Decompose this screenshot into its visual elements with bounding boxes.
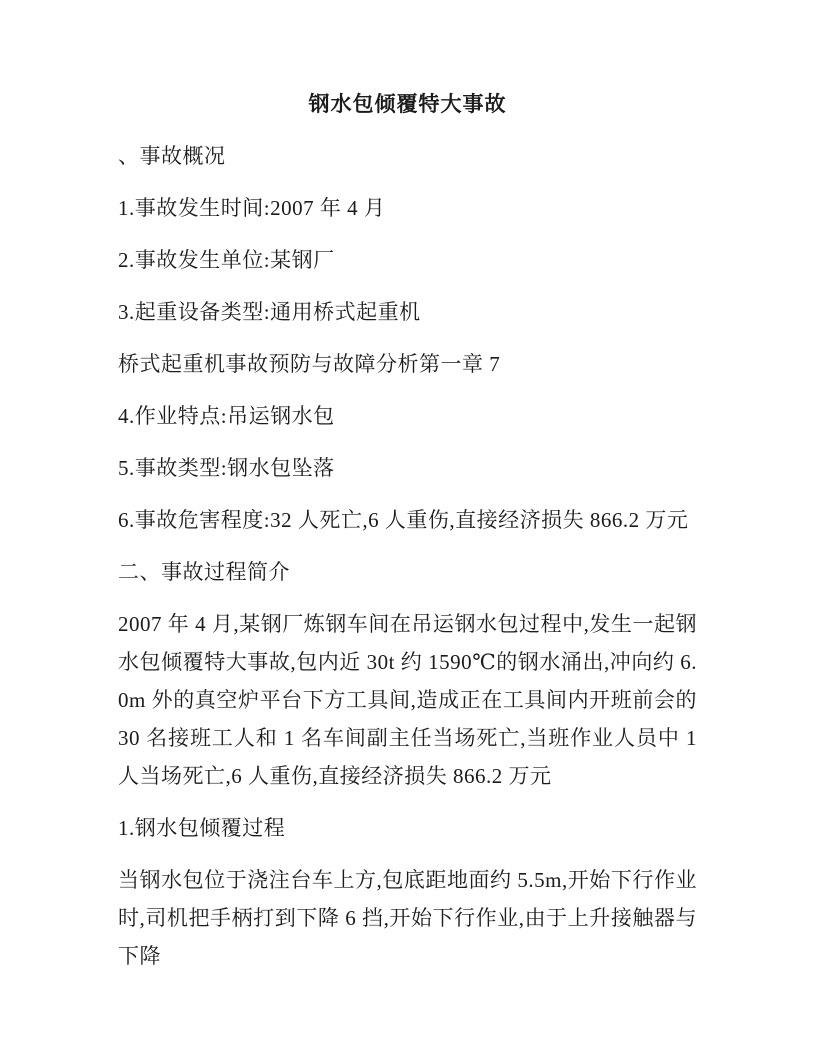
document-page: 钢水包倾覆特大事故 、事故概况 1.事故发生时间:2007 年 4 月 2.事故… <box>0 0 816 1056</box>
paragraph-overturn-detail: 当钢水包位于浇注台车上方,包底距地面约 5.5m,开始下行作业时,司机把手柄打到… <box>118 861 697 975</box>
item-accident-type: 5.事故类型:钢水包坠落 <box>118 449 697 487</box>
line-book-reference: 桥式起重机事故预防与故障分析第一章 7 <box>118 345 697 383</box>
document-body: 钢水包倾覆特大事故 、事故概况 1.事故发生时间:2007 年 4 月 2.事故… <box>0 0 816 1056</box>
item-operation-feature: 4.作业特点:吊运钢水包 <box>118 397 697 435</box>
item-accident-unit: 2.事故发生单位:某钢厂 <box>118 241 697 279</box>
section-heading-overview: 、事故概况 <box>118 137 697 175</box>
section-heading-process: 二、事故过程简介 <box>118 553 697 591</box>
document-title: 钢水包倾覆特大事故 <box>118 85 697 123</box>
item-accident-time: 1.事故发生时间:2007 年 4 月 <box>118 189 697 227</box>
item-damage-degree: 6.事故危害程度:32 人死亡,6 人重伤,直接经济损失 866.2 万元 <box>118 501 697 539</box>
paragraph-accident-summary: 2007 年 4 月,某钢厂炼钢车间在吊运钢水包过程中,发生一起钢水包倾覆特大事… <box>118 605 697 795</box>
item-equipment-type: 3.起重设备类型:通用桥式起重机 <box>118 293 697 331</box>
subheading-overturn-process: 1.钢水包倾覆过程 <box>118 809 697 847</box>
